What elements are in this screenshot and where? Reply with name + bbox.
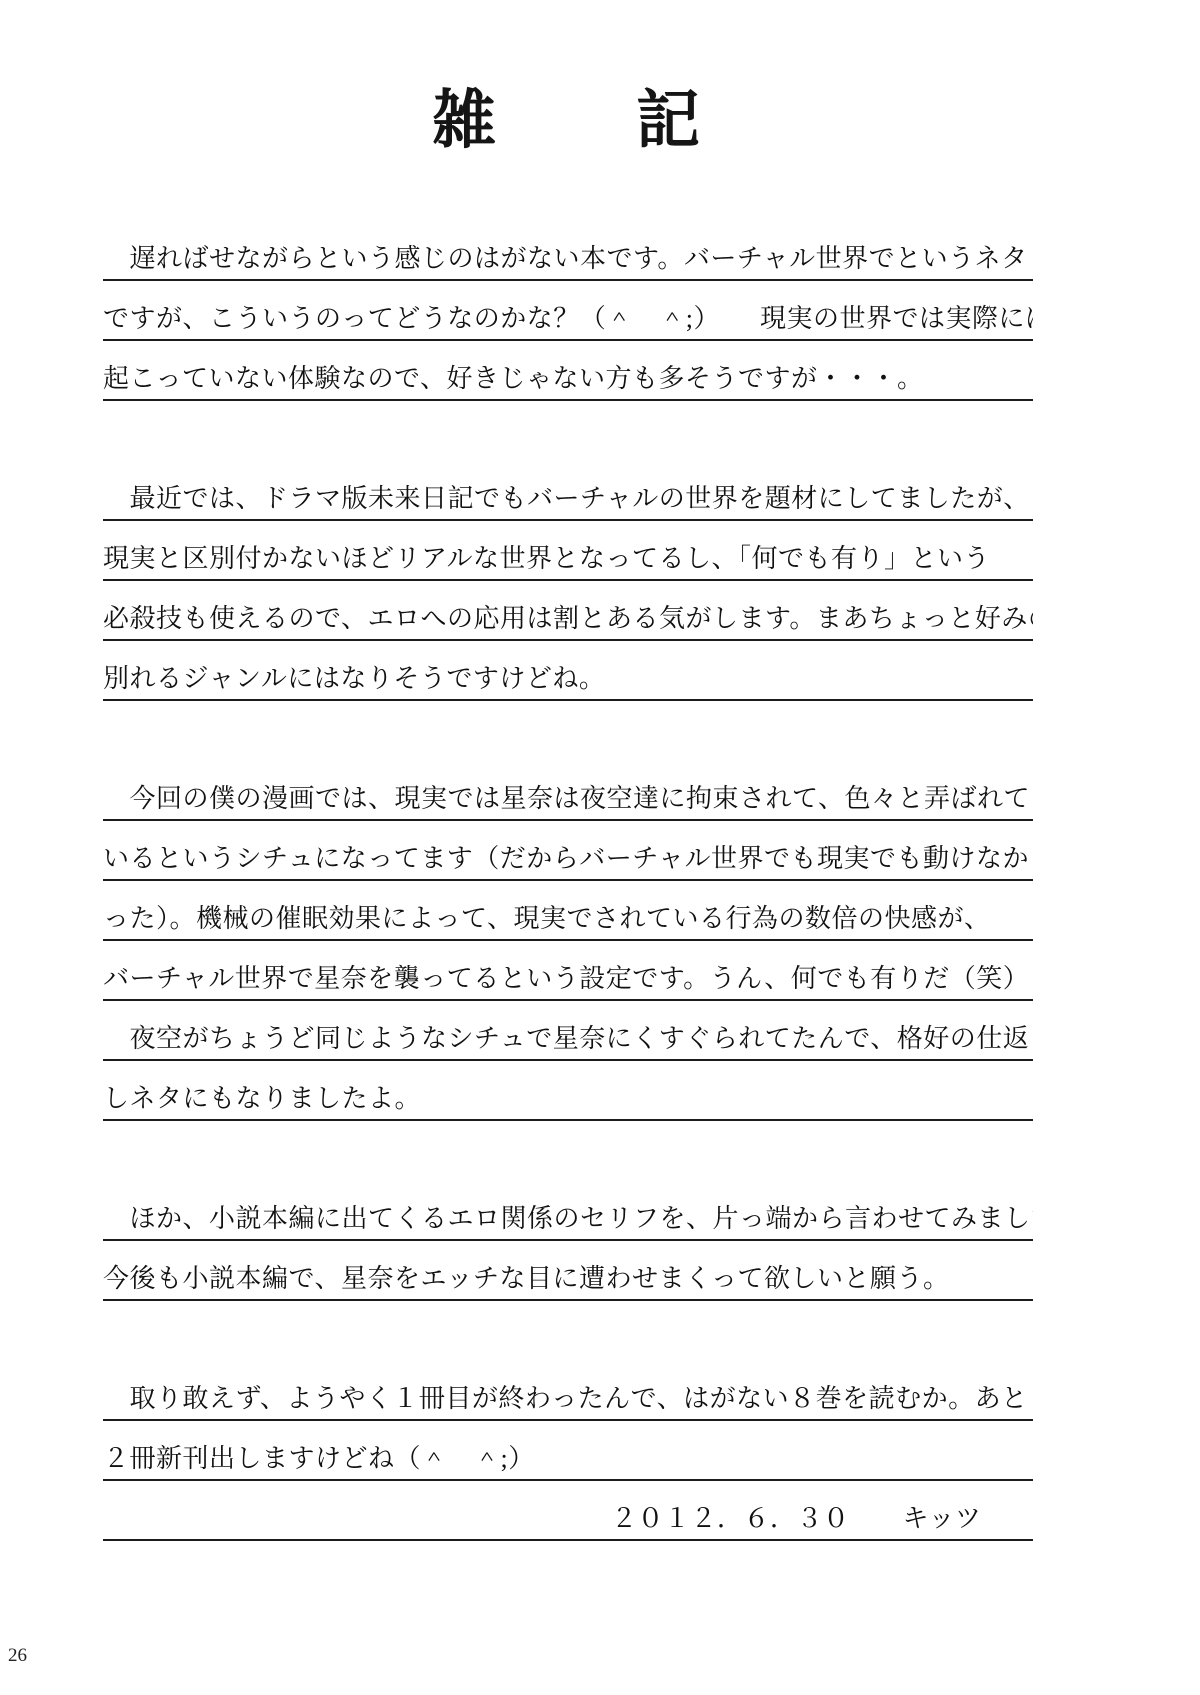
text-line: 夜空がちょうど同じようなシチュで星奈にくすぐられてたんで、格好の仕返	[103, 1001, 1033, 1061]
text-line: いるというシチュになってます（だからバーチャル世界でも現実でも動けなか	[103, 821, 1033, 881]
paragraph-3: 今回の僕の漫画では、現実では星奈は夜空達に拘束されて、色々と弄ばれて いるという…	[103, 761, 1033, 1121]
text-line: 必殺技も使えるので、エロへの応用は割とある気がします。まあちょっと好みの	[103, 581, 1033, 641]
text-line: 今回の僕の漫画では、現実では星奈は夜空達に拘束されて、色々と弄ばれて	[103, 761, 1033, 821]
paragraph-5: 取り敢えず、ようやく１冊目が終わったんで、はがない８巻を読むか。あと ２冊新刊出…	[103, 1361, 1033, 1481]
signature-line: ２０１２．６．３０ キッツ	[103, 1481, 1033, 1541]
text-line: ２冊新刊出しますけどね（＾ ＾;）	[103, 1421, 1033, 1481]
page-number: 26	[8, 1645, 27, 1667]
text-line: しネタにもなりましたよ。	[103, 1061, 1033, 1121]
document-body: 遅ればせながらという感じのはがない本です。バーチャル世界でというネタ ですが、こ…	[103, 221, 1033, 1541]
text-line: 取り敢えず、ようやく１冊目が終わったんで、はがない８巻を読むか。あと	[103, 1361, 1033, 1421]
paragraph-2: 最近では、ドラマ版未来日記でもバーチャルの世界を題材にしてましたが、 現実と区別…	[103, 461, 1033, 701]
text-line: ほか、小説本編に出てくるエロ関係のセリフを、片っ端から言わせてみました（笑）	[103, 1181, 1033, 1241]
text-line: ですが、こういうのってどうなのかな？（＾ ＾;） 現実の世界では実際には	[103, 281, 1033, 341]
text-line: 別れるジャンルにはなりそうですけどね。	[103, 641, 1033, 701]
text-line: 現実と区別付かないほどリアルな世界となってるし、「何でも有り」という	[103, 521, 1033, 581]
text-line: 今後も小説本編で、星奈をエッチな目に遭わせまくって欲しいと願う。	[103, 1241, 1033, 1301]
document-page: 雑 記 遅ればせながらという感じのはがない本です。バーチャル世界でというネタ で…	[0, 0, 1200, 1695]
signature-block: ２０１２．６．３０ キッツ	[103, 1481, 1033, 1541]
text-line: 起こっていない体験なので、好きじゃない方も多そうですが・・・。	[103, 341, 1033, 401]
text-line: 遅ればせながらという感じのはがない本です。バーチャル世界でというネタ	[103, 221, 1033, 281]
text-line: 最近では、ドラマ版未来日記でもバーチャルの世界を題材にしてましたが、	[103, 461, 1033, 521]
page-title: 雑 記	[103, 85, 1033, 157]
text-line: バーチャル世界で星奈を襲ってるという設定です。うん、何でも有りだ（笑）	[103, 941, 1033, 1001]
paragraph-4: ほか、小説本編に出てくるエロ関係のセリフを、片っ端から言わせてみました（笑） 今…	[103, 1181, 1033, 1301]
text-line: った）。機械の催眠効果によって、現実でされている行為の数倍の快感が、	[103, 881, 1033, 941]
paragraph-1: 遅ればせながらという感じのはがない本です。バーチャル世界でというネタ ですが、こ…	[103, 221, 1033, 401]
